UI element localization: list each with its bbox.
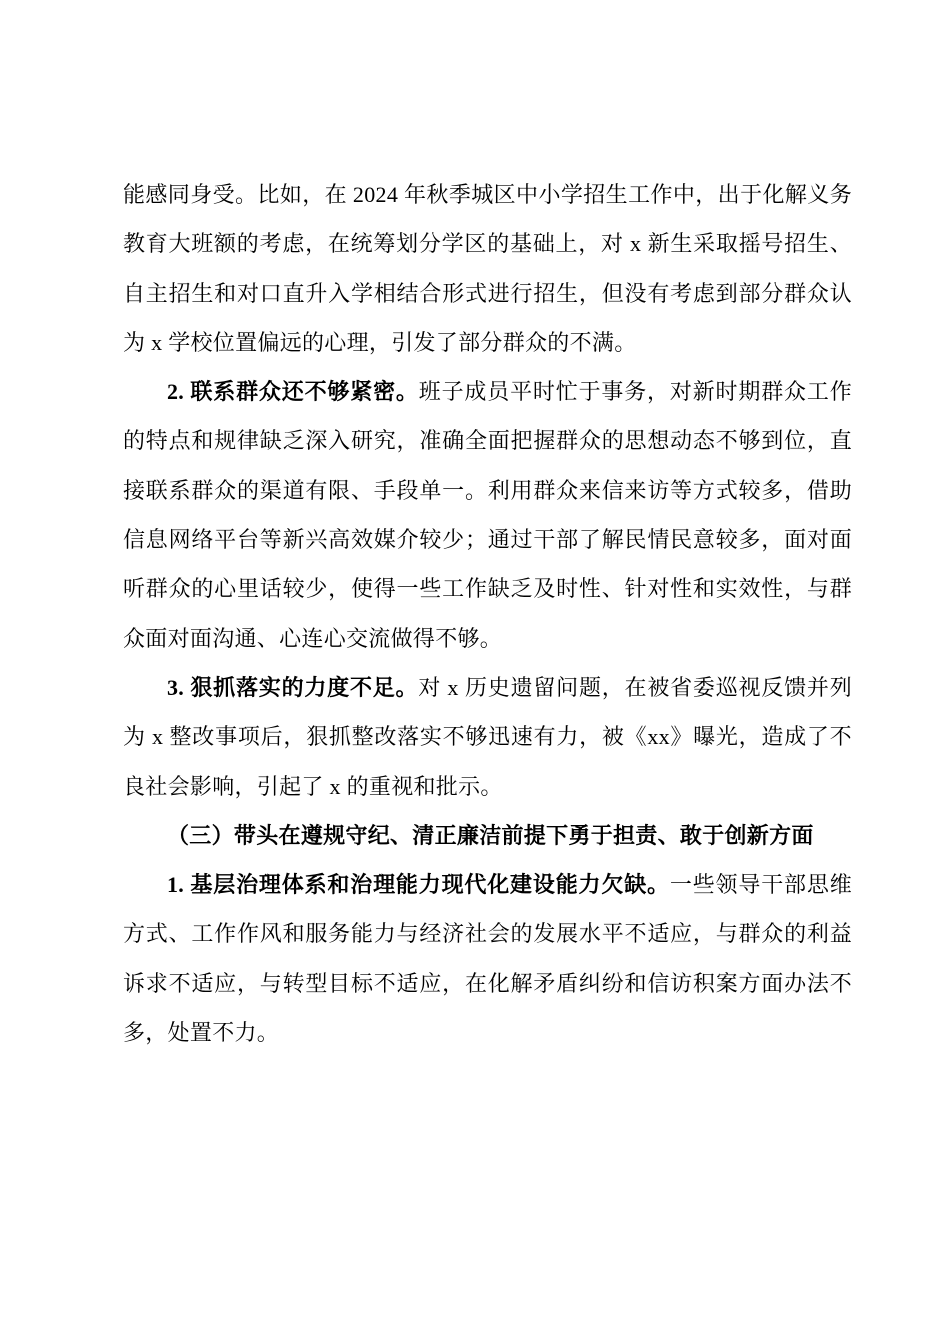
bold-lead-run: 1. 基层治理体系和治理能力现代化建设能力欠缺。 <box>167 872 670 897</box>
paragraph-item-3: 3. 狠抓落实的力度不足。对 x 历史遗留问题，在被省委巡视反馈并列为 x 整改… <box>123 663 852 811</box>
text-run: 能感同身受。比如，在 2024 年秋季城区中小学招生工作中，出于化解义务教育大班… <box>123 182 852 355</box>
text-run: 一些领导干部思维方式、工作作风和服务能力与经济社会的发展水平不适应，与群众的利益… <box>123 872 852 1045</box>
section-heading: （三）带头在遵规守纪、清正廉洁前提下勇于担责、敢于创新方面 <box>123 811 852 860</box>
paragraph-continuation: 能感同身受。比如，在 2024 年秋季城区中小学招生工作中，出于化解义务教育大班… <box>123 170 852 367</box>
bold-lead-run: 3. 狠抓落实的力度不足。 <box>167 675 418 700</box>
paragraph-item-1: 1. 基层治理体系和治理能力现代化建设能力欠缺。一些领导干部思维方式、工作作风和… <box>123 860 852 1057</box>
document-page: 能感同身受。比如，在 2024 年秋季城区中小学招生工作中，出于化解义务教育大班… <box>0 0 950 1344</box>
paragraph-item-2: 2. 联系群众还不够紧密。班子成员平时忙于事务，对新时期群众工作的特点和规律缺乏… <box>123 367 852 663</box>
heading-run: （三）带头在遵规守纪、清正廉洁前提下勇于担责、敢于创新方面 <box>167 823 814 848</box>
bold-lead-run: 2. 联系群众还不够紧密。 <box>167 379 419 404</box>
text-run: 班子成员平时忙于事务，对新时期群众工作的特点和规律缺乏深入研究，准确全面把握群众… <box>123 379 852 650</box>
